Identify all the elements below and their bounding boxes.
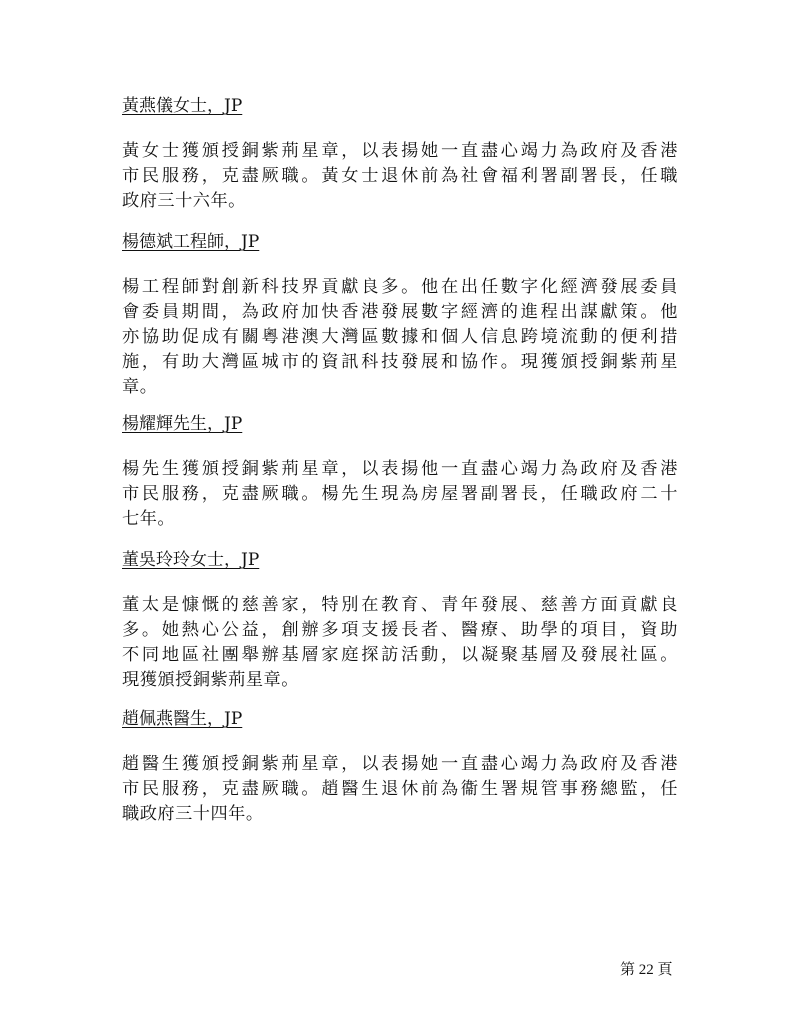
awardee-description: 趙醫生獲頒授銅紫荊星章，以表揚她一直盡心竭力為政府及香港 市民服務，克盡厥職。趙… — [122, 752, 678, 827]
text-line: 楊工程師對創新科技界貢獻良多。他在出任數字化經濟發展委員 — [122, 275, 678, 300]
awardee-description: 黃女士獲頒授銅紫荊星章，以表揚她一直盡心竭力為政府及香港 市民服務，克盡厥職。黃… — [122, 139, 678, 214]
text-line: 職政府三十四年。 — [122, 802, 678, 827]
text-line: 多。她熱心公益，創辦多項支援長者、醫療、助學的項目，資助 — [122, 618, 678, 643]
awardee-description: 楊先生獲頒授銅紫荊星章，以表揚他一直盡心竭力為政府及香港 市民服務，克盡厥職。楊… — [122, 457, 678, 532]
text-line: 趙醫生獲頒授銅紫荊星章，以表揚她一直盡心竭力為政府及香港 — [122, 752, 678, 777]
awardee-heading: 趙佩燕醫生，JP — [122, 708, 678, 730]
awardee-entry: 黃燕儀女士，JP 黃女士獲頒授銅紫荊星章，以表揚她一直盡心竭力為政府及香港 市民… — [122, 95, 678, 214]
text-line: 施，有助大灣區城市的資訊科技發展和協作。現獲頒授銅紫荊星 — [122, 350, 678, 375]
awardee-heading: 董吳玲玲女士，JP — [122, 549, 678, 571]
awardee-heading: 楊德斌工程師，JP — [122, 231, 678, 253]
text-line: 會委員期間，為政府加快香港發展數字經濟的進程出謀獻策。他 — [122, 300, 678, 325]
awardee-description: 楊工程師對創新科技界貢獻良多。他在出任數字化經濟發展委員 會委員期間，為政府加快… — [122, 275, 678, 400]
awardee-heading: 黃燕儀女士，JP — [122, 95, 678, 117]
awardee-entry: 楊德斌工程師，JP 楊工程師對創新科技界貢獻良多。他在出任數字化經濟發展委員 會… — [122, 231, 678, 400]
awardee-entry: 董吳玲玲女士，JP 董太是慷慨的慈善家，特別在教育、青年發展、慈善方面貢獻良 多… — [122, 549, 678, 693]
text-line: 亦協助促成有關粵港澳大灣區數據和個人信息跨境流動的便利措 — [122, 325, 678, 350]
text-line: 董太是慷慨的慈善家，特別在教育、青年發展、慈善方面貢獻良 — [122, 593, 678, 618]
text-line: 七年。 — [122, 507, 678, 532]
text-line: 市民服務，克盡厥職。趙醫生退休前為衞生署規管事務總監，任 — [122, 777, 678, 802]
awardee-description: 董太是慷慨的慈善家，特別在教育、青年發展、慈善方面貢獻良 多。她熱心公益，創辦多… — [122, 593, 678, 693]
text-line: 現獲頒授銅紫荊星章。 — [122, 668, 678, 693]
awardee-entry: 楊耀輝先生，JP 楊先生獲頒授銅紫荊星章，以表揚他一直盡心竭力為政府及香港 市民… — [122, 413, 678, 532]
awardee-heading: 楊耀輝先生，JP — [122, 413, 678, 435]
text-line: 楊先生獲頒授銅紫荊星章，以表揚他一直盡心竭力為政府及香港 — [122, 457, 678, 482]
text-line: 市民服務，克盡厥職。楊先生現為房屋署副署長，任職政府二十 — [122, 482, 678, 507]
page-number: 第 22 頁 — [620, 958, 673, 979]
text-line: 章。 — [122, 375, 678, 400]
awardee-entry: 趙佩燕醫生，JP 趙醫生獲頒授銅紫荊星章，以表揚她一直盡心竭力為政府及香港 市民… — [122, 708, 678, 827]
text-line: 不同地區社團舉辦基層家庭探訪活動，以凝聚基層及發展社區。 — [122, 643, 678, 668]
text-line: 政府三十六年。 — [122, 189, 678, 214]
text-line: 市民服務，克盡厥職。黃女士退休前為社會福利署副署長，任職 — [122, 164, 678, 189]
text-line: 黃女士獲頒授銅紫荊星章，以表揚她一直盡心竭力為政府及香港 — [122, 139, 678, 164]
